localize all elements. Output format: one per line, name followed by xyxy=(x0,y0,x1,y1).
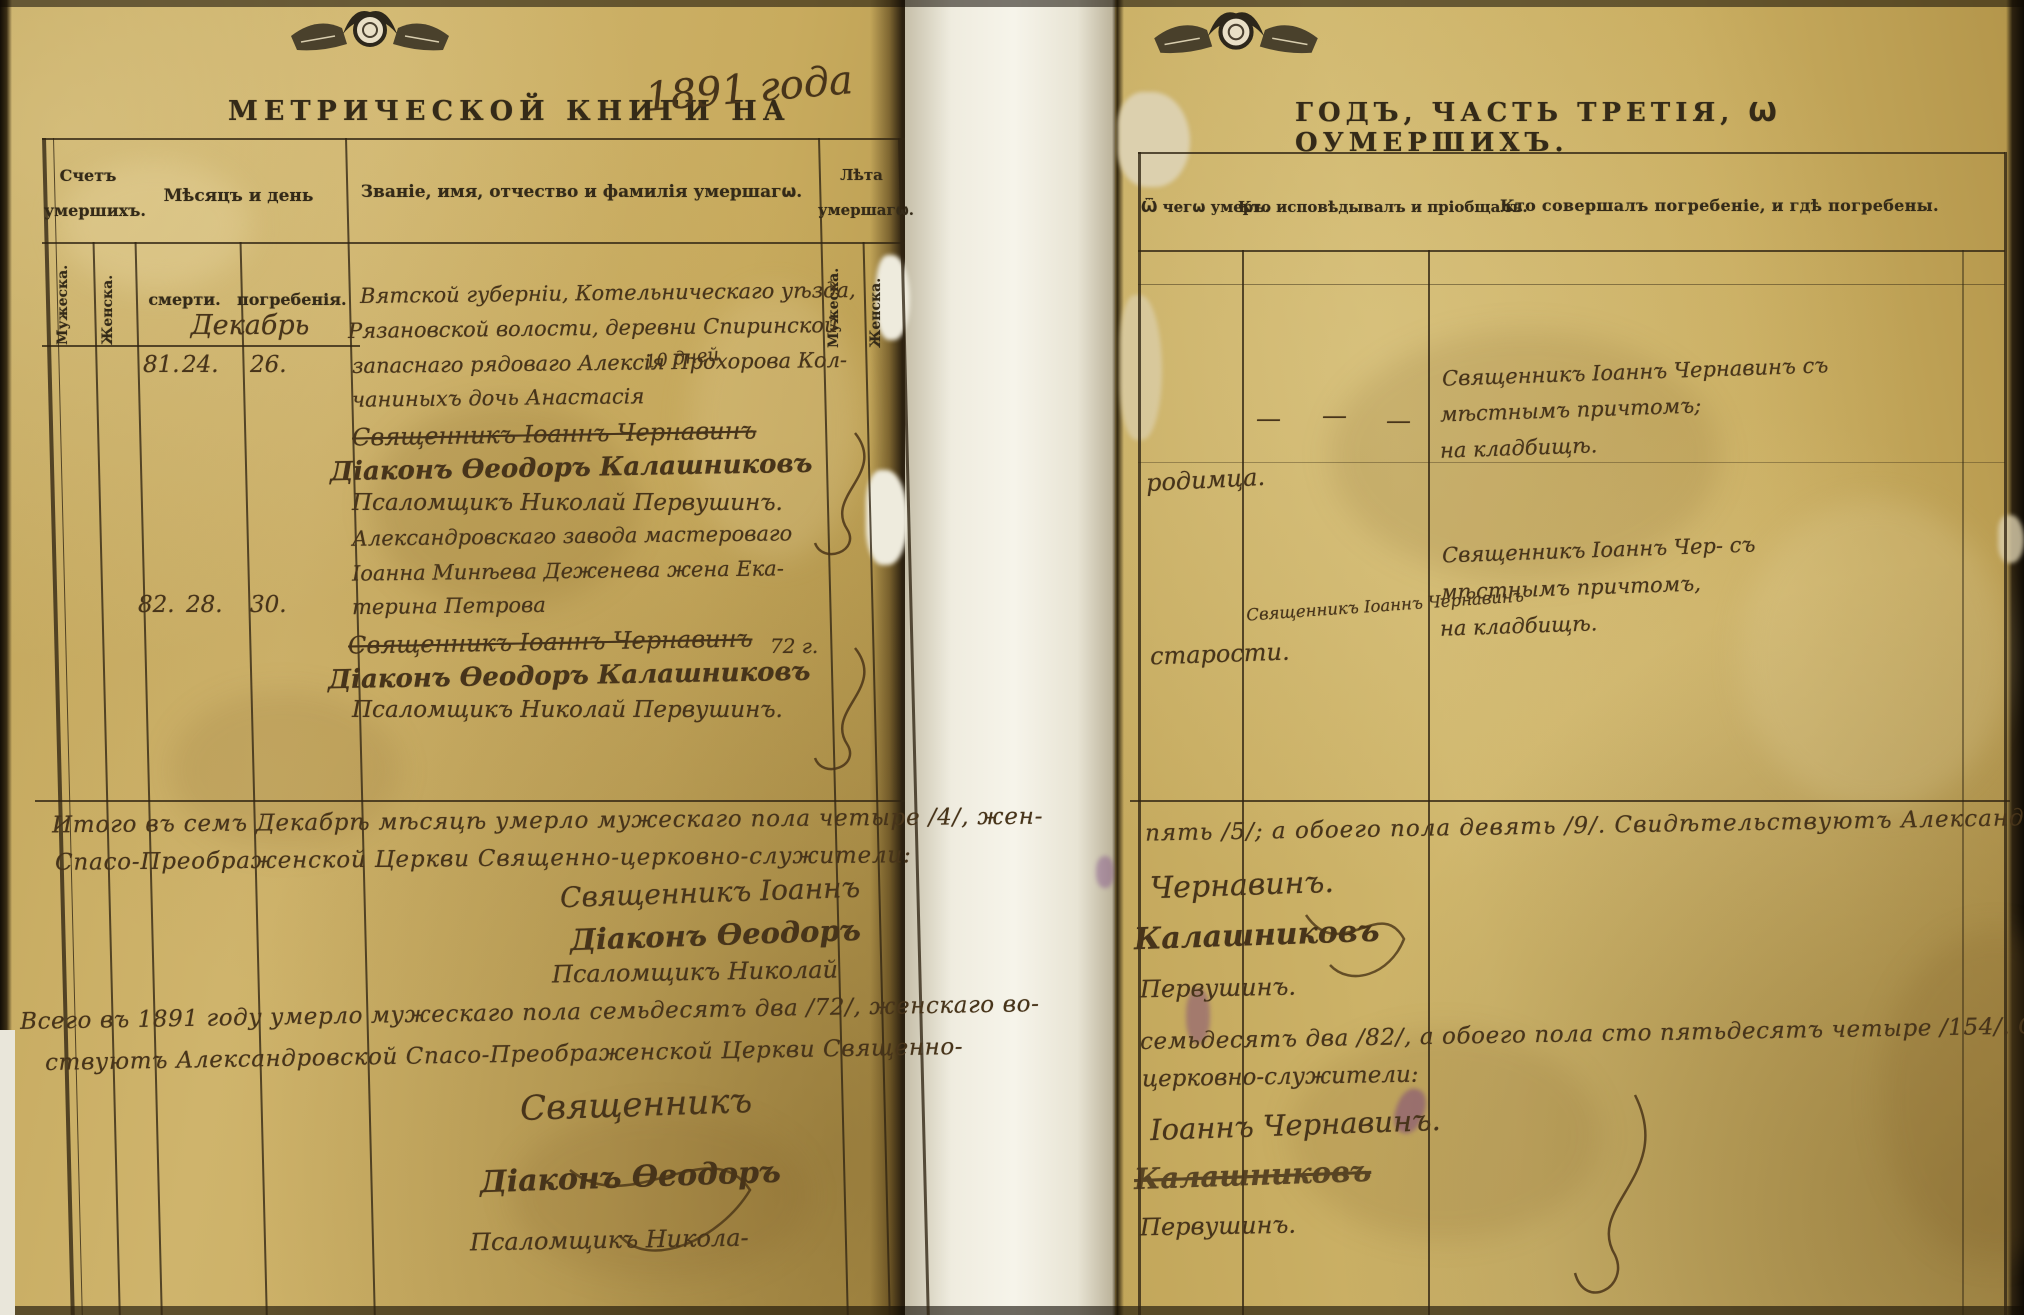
ditto-dash: — xyxy=(1322,401,1347,430)
table-vline xyxy=(2004,152,2007,1315)
ditto-dash: — xyxy=(1256,404,1281,433)
table-vline xyxy=(1962,250,1964,1315)
cause-of-death: старости. xyxy=(1150,638,1291,671)
table-vline xyxy=(1138,152,1141,1315)
signature-flourish-icon xyxy=(1300,895,1410,995)
psalmist-signature: Первушинъ. xyxy=(1140,1211,1296,1242)
psalmist-signature: Первушинъ. xyxy=(1140,973,1296,1004)
ditto-dash: — xyxy=(1386,406,1411,435)
metrical-book-scan: МЕТРИЧЕСКОЙ КНИГИ НА 1891 года Счетъ уме… xyxy=(0,0,2024,1315)
column-header-burial: Кто совершалъ погребеніе, и гдѣ погребен… xyxy=(1500,196,1939,215)
column-header-confession: Кто исповѣдывалъ и пріобщалъ. xyxy=(1238,198,1528,216)
year-summary-line: церковно-служители: xyxy=(1142,1062,1419,1093)
signature-flourish-icon xyxy=(1545,1085,1665,1315)
table-vline xyxy=(1428,250,1430,1315)
table-vline xyxy=(1242,250,1244,1315)
